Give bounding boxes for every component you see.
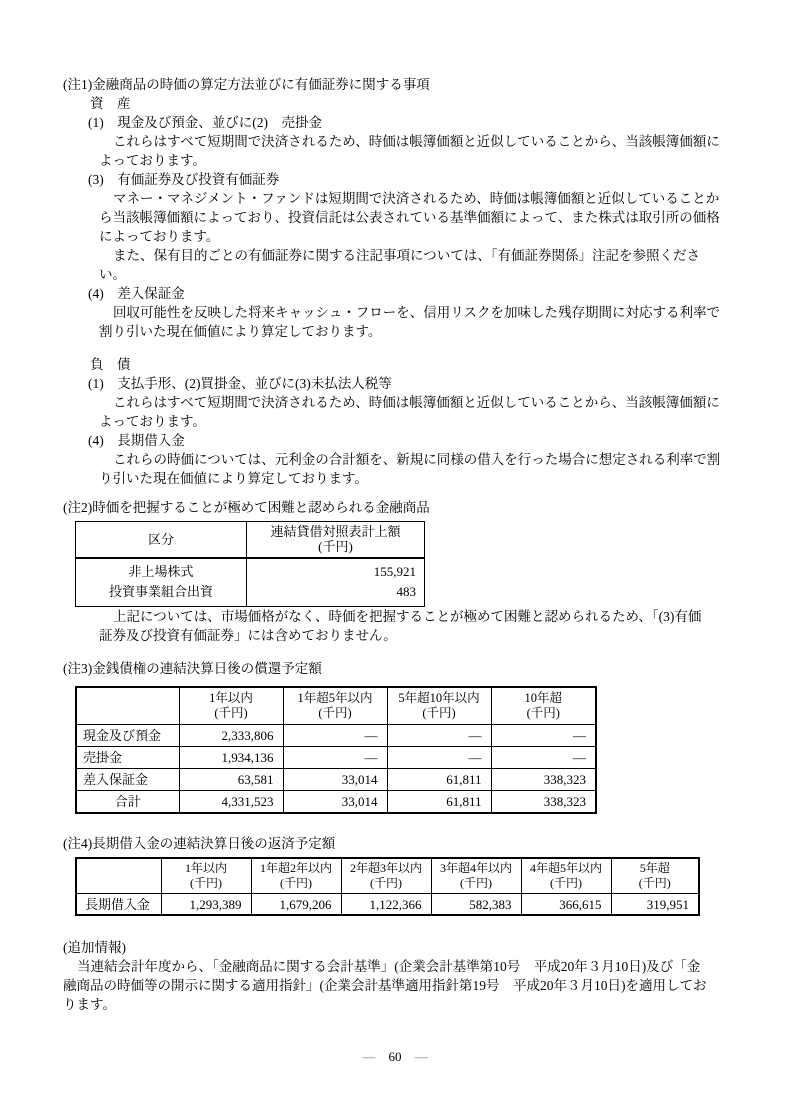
table-row: 長期借入金 1,293,389 1,679,206 1,122,366 582,… [76, 894, 699, 916]
note2-table: 区分 連結貸借対照表計上額 (千円) 非上場株式 投資事業組合出資 155,92… [75, 521, 425, 607]
footer-dash-right: ― [415, 1049, 428, 1064]
note2-heading: (注2)時価を把握することが極めて困難と認められる金融商品 [63, 498, 730, 517]
table-row-total: 合計 4,331,523 33,014 61,811 338,323 [76, 791, 596, 814]
cell-value: ― [387, 725, 491, 747]
row-label: 長期借入金 [76, 894, 161, 916]
cell-value: ― [283, 725, 387, 747]
row-label: 売掛金 [76, 747, 179, 769]
assets-item3-body: マネー・マネジメント・ファンドは短期間で決済されるため、時価は帳簿価額と近似して… [99, 189, 730, 246]
page-footer: ― 60 ― [0, 1047, 790, 1066]
footer-dash-left: ― [362, 1049, 375, 1064]
cell-value: ― [491, 725, 596, 747]
table-header-row: 1年以内 (千円) 1年超2年以内 (千円) 2年超3年以内 (千円) 3年超4… [76, 858, 699, 894]
table-header-row: 1年以内 (千円) 1年超5年以内 (千円) 5年超10年以内 (千円) 10年… [76, 687, 596, 725]
cell-value: ― [283, 747, 387, 769]
note3-corner-cell [76, 687, 179, 725]
note2-col2-header: 連結貸借対照表計上額 (千円) [247, 522, 425, 559]
cell-value: 582,383 [431, 894, 521, 916]
assets-item1-title: (1) 現金及び預金、並びに(2) 売掛金 [88, 113, 730, 132]
assets-item3-title: (3) 有価証券及び投資有価証券 [88, 170, 730, 189]
cell-value: ― [491, 747, 596, 769]
cell-value: ― [387, 747, 491, 769]
liabilities-item4-body: これらの時価については、元利金の合計額を、新規に同様の借入を行った場合に想定され… [99, 450, 730, 488]
cell-value: 1,122,366 [341, 894, 431, 916]
note4-col-header: 4年超5年以内 (千円) [521, 858, 611, 894]
note4-table: 1年以内 (千円) 1年超2年以内 (千円) 2年超3年以内 (千円) 3年超4… [75, 857, 700, 916]
note3-col-header: 5年超10年以内 (千円) [387, 687, 491, 725]
table-row: 現金及び預金 2,333,806 ― ― ― [76, 725, 596, 747]
additional-info-section: (追加情報) 当連結会計年度から、「金融商品に関する会計基準」(企業会計基準第1… [63, 938, 730, 1014]
note4-col-header: 1年以内 (千円) [161, 858, 251, 894]
liabilities-item4-title: (4) 長期借入金 [88, 431, 730, 450]
note1-section: (注1)金融商品の時価の算定方法並びに有価証券に関する事項 資 産 (1) 現金… [63, 75, 730, 488]
row-label: 現金及び預金 [76, 725, 179, 747]
note1-heading: (注1)金融商品の時価の算定方法並びに有価証券に関する事項 [63, 75, 730, 94]
page-number: 60 [389, 1049, 402, 1064]
note4-col-header: 5年超 (千円) [611, 858, 699, 894]
assets-item4-title: (4) 差入保証金 [88, 284, 730, 303]
note2-row-value: 155,921 [247, 562, 424, 582]
assets-item3-body2: また、保有目的ごとの有価証券に関する注記事項については、「有価証券関係」注記を参… [99, 246, 730, 284]
document-page: (注1)金融商品の時価の算定方法並びに有価証券に関する事項 資 産 (1) 現金… [0, 0, 790, 1118]
cell-value: 33,014 [283, 791, 387, 814]
note2-row-label: 非上場株式 [76, 562, 246, 582]
note2-section: (注2)時価を把握することが極めて困難と認められる金融商品 区分 連結貸借対照表… [63, 498, 730, 645]
note2-body: 上記については、市場価格がなく、時価を把握することが極めて困難と認められるため、… [99, 607, 730, 645]
liabilities-item1-body: これらはすべて短期間で決済されるため、時価は帳簿価額と近似していることから、当該… [99, 393, 730, 431]
assets-item4-body: 回収可能性を反映した将来キャッシュ・フローを、信用リスクを加味した残存期間に対応… [99, 303, 730, 341]
note3-col-header: 10年超 (千円) [491, 687, 596, 725]
cell-value: 61,811 [387, 791, 491, 814]
note4-col-header: 1年超2年以内 (千円) [251, 858, 341, 894]
note2-row-value: 483 [247, 582, 424, 602]
table-row: 差入保証金 63,581 33,014 61,811 338,323 [76, 769, 596, 791]
cell-value: 4,331,523 [179, 791, 283, 814]
cell-value: 1,293,389 [161, 894, 251, 916]
note3-col-header: 1年超5年以内 (千円) [283, 687, 387, 725]
note3-table: 1年以内 (千円) 1年超5年以内 (千円) 5年超10年以内 (千円) 10年… [75, 686, 597, 814]
liabilities-item1-title: (1) 支払手形、(2)買掛金、並びに(3)未払法人税等 [88, 374, 730, 393]
cell-value: 63,581 [179, 769, 283, 791]
assets-label: 資 産 [90, 94, 730, 113]
additional-info-heading: (追加情報) [63, 938, 730, 957]
row-label: 差入保証金 [76, 769, 179, 791]
note3-col-header: 1年以内 (千円) [179, 687, 283, 725]
cell-value: 61,811 [387, 769, 491, 791]
note3-heading: (注3)金銭債権の連結決算日後の償還予定額 [63, 659, 730, 678]
table-header-row: 区分 連結貸借対照表計上額 (千円) [76, 522, 425, 559]
note3-section: (注3)金銭債権の連結決算日後の償還予定額 1年以内 (千円) 1年超5年以内 … [63, 659, 730, 814]
cell-value: 338,323 [491, 769, 596, 791]
note4-section: (注4)長期借入金の連結決算日後の返済予定額 1年以内 (千円) 1年超2年以内… [63, 834, 730, 916]
cell-value: 1,934,136 [179, 747, 283, 769]
table-body-row: 非上場株式 投資事業組合出資 155,921 483 [76, 558, 425, 607]
note4-col-header: 3年超4年以内 (千円) [431, 858, 521, 894]
additional-info-body: 当連結会計年度から、「金融商品に関する会計基準」(企業会計基準第10号 平成20… [63, 957, 730, 1014]
cell-value: 33,014 [283, 769, 387, 791]
cell-value: 338,323 [491, 791, 596, 814]
table-row: 売掛金 1,934,136 ― ― ― [76, 747, 596, 769]
assets-item1-body: これらはすべて短期間で決済されるため、時価は帳簿価額と近似していることから、当該… [99, 132, 730, 170]
cell-value: 366,615 [521, 894, 611, 916]
row-label: 合計 [76, 791, 179, 814]
cell-value: 2,333,806 [179, 725, 283, 747]
cell-value: 1,679,206 [251, 894, 341, 916]
note4-corner-cell [76, 858, 161, 894]
note4-heading: (注4)長期借入金の連結決算日後の返済予定額 [63, 834, 730, 853]
note4-col-header: 2年超3年以内 (千円) [341, 858, 431, 894]
cell-value: 319,951 [611, 894, 699, 916]
liabilities-label: 負 債 [90, 355, 730, 374]
note2-col1-header: 区分 [76, 522, 247, 559]
note2-row-label: 投資事業組合出資 [76, 582, 246, 602]
